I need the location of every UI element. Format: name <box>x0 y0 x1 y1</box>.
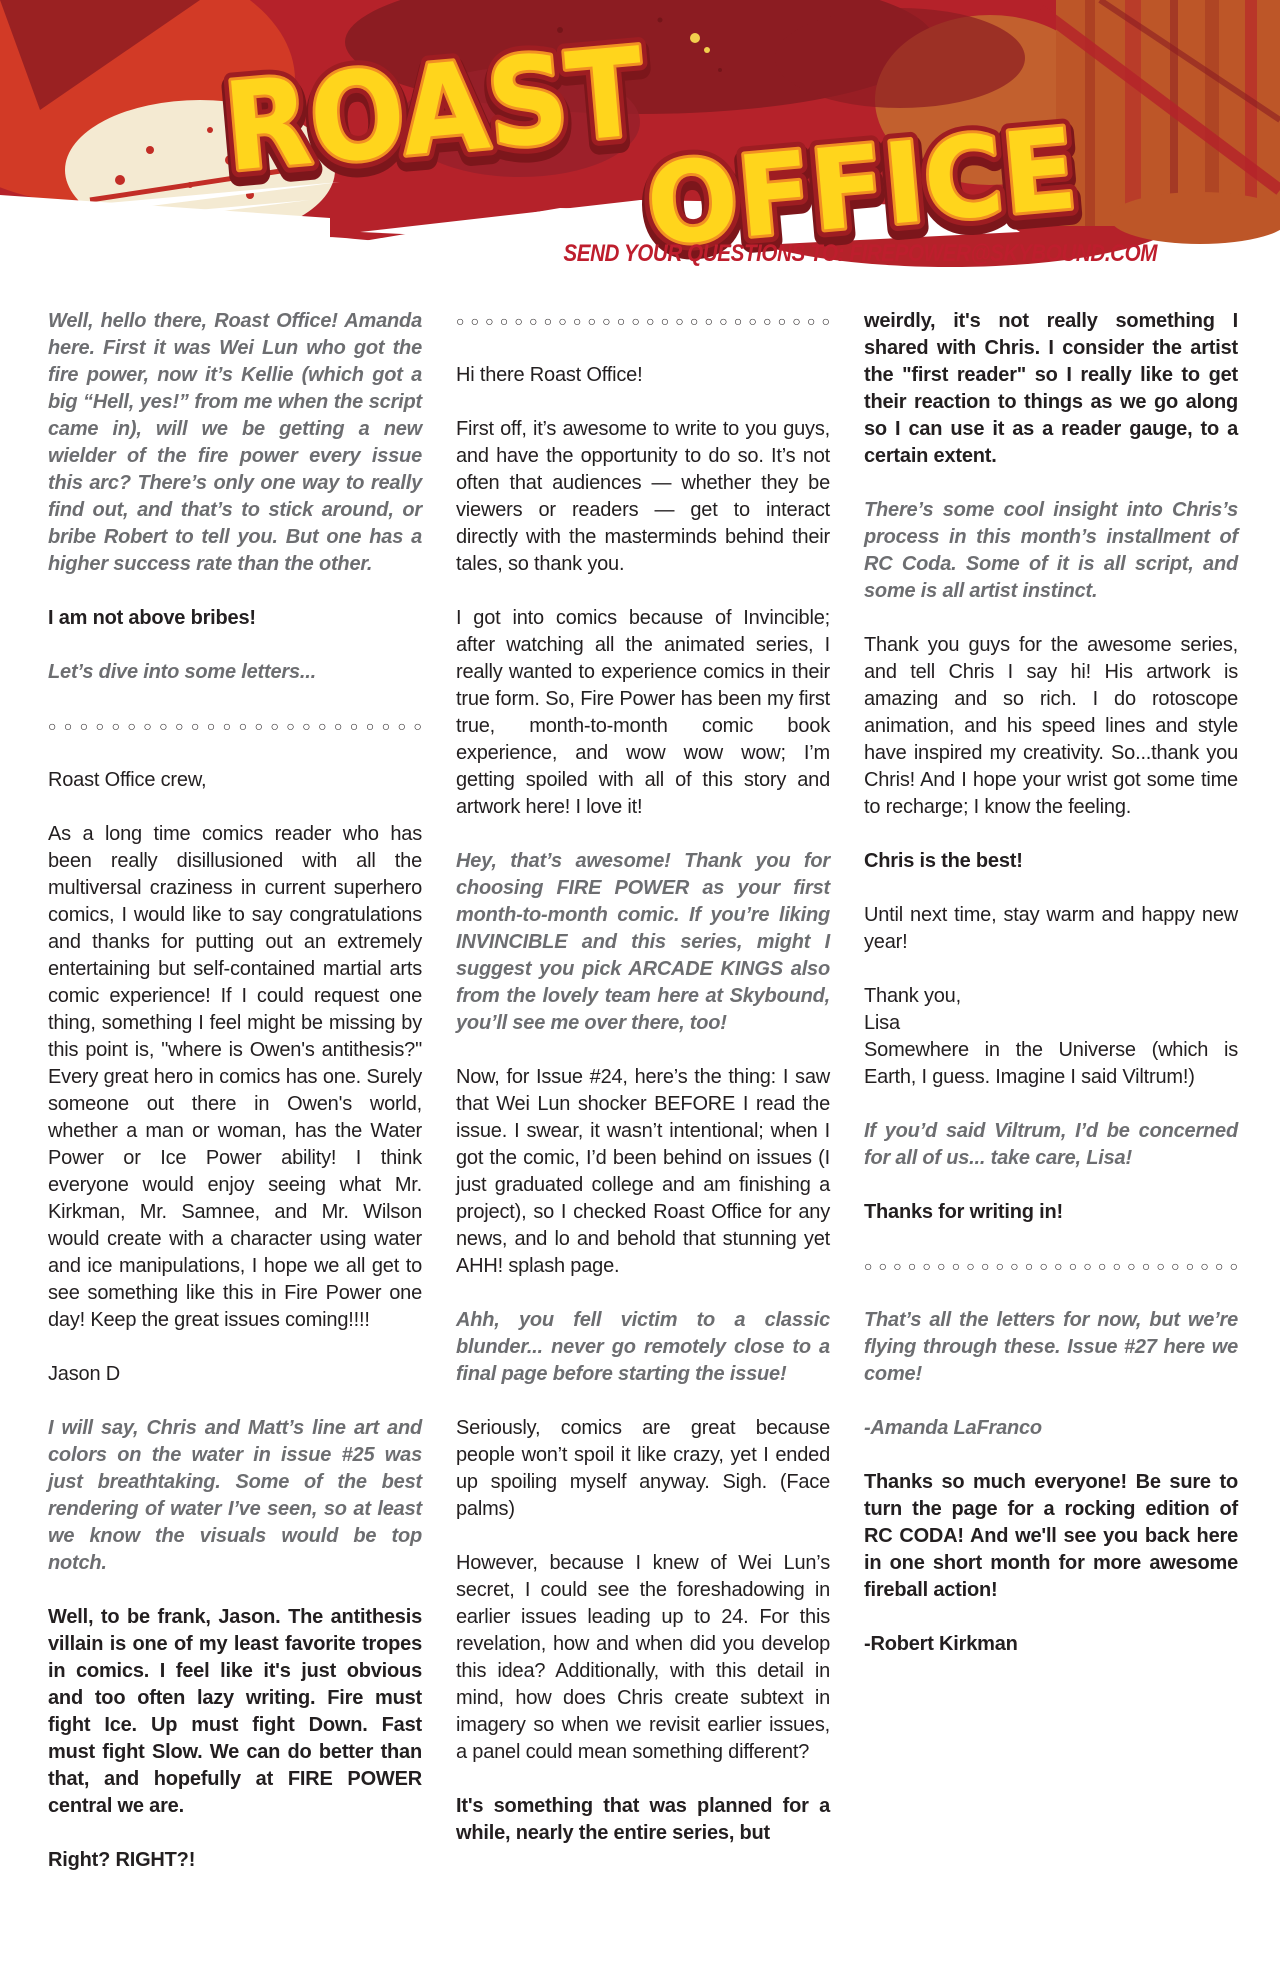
divider-circle: ○ <box>778 308 786 335</box>
divider-circle: ○ <box>602 308 610 335</box>
divider-circle: ○ <box>864 1253 872 1280</box>
divider-circle: ○ <box>1127 1253 1135 1280</box>
letter-paragraph: Seriously, comics are great because peop… <box>456 1415 830 1523</box>
bold-reply-paragraph: Thanks for writing in! <box>864 1199 1238 1226</box>
divider-circle: ○ <box>544 308 552 335</box>
submission-email-tagline: SEND YOUR QUESTIONS TO: FIREPOWER@SKYBOU… <box>563 240 1096 268</box>
divider-circle: ○ <box>807 308 815 335</box>
divider-circle: ○ <box>529 308 537 335</box>
divider-circle: ○ <box>175 713 183 740</box>
divider-circle: ○ <box>127 713 135 740</box>
divider-circle: ○ <box>1200 1253 1208 1280</box>
section-divider: ○○○○○○○○○○○○○○○○○○○○○○○○○○ <box>456 308 830 335</box>
letter-paragraph: However, because I knew of Wei Lun’s sec… <box>456 1550 830 1766</box>
divider-circle: ○ <box>966 1253 974 1280</box>
divider-circle: ○ <box>255 713 263 740</box>
divider-circle: ○ <box>893 1253 901 1280</box>
divider-circle: ○ <box>996 1253 1004 1280</box>
divider-circle: ○ <box>456 308 464 335</box>
editor-reply-paragraph: Hey, that’s awesome! Thank you for choos… <box>456 848 830 1037</box>
divider-circle: ○ <box>1054 1253 1062 1280</box>
divider-circle: ○ <box>350 713 358 740</box>
divider-circle: ○ <box>143 713 151 740</box>
letter-paragraph: First off, it’s awesome to write to you … <box>456 416 830 578</box>
divider-circle: ○ <box>286 713 294 740</box>
divider-circle: ○ <box>734 308 742 335</box>
divider-circle: ○ <box>573 308 581 335</box>
divider-circle: ○ <box>1230 1253 1238 1280</box>
letter-paragraph: Now, for Issue #24, here’s the thing: I … <box>456 1064 830 1280</box>
divider-circle: ○ <box>558 308 566 335</box>
bold-reply-paragraph: It's something that was planned for a wh… <box>456 1793 830 1847</box>
letter-paragraph: Hi there Roast Office! <box>456 362 830 389</box>
divider-circle: ○ <box>302 713 310 740</box>
paint-streak <box>1125 0 1141 226</box>
divider-circle: ○ <box>485 308 493 335</box>
editor-reply-paragraph: If you’d said Viltrum, I’d be concerned … <box>864 1118 1238 1172</box>
divider-circle: ○ <box>792 308 800 335</box>
divider-circle: ○ <box>937 1253 945 1280</box>
divider-circle: ○ <box>398 713 406 740</box>
column-3: weirdly, it's not really something I sha… <box>864 308 1238 1901</box>
divider-circle: ○ <box>1040 1253 1048 1280</box>
divider-circle: ○ <box>223 713 231 740</box>
editor-reply-paragraph: Well, hello there, Roast Office! Amanda … <box>48 308 422 578</box>
paint-maroon-overlay <box>775 8 1025 108</box>
page-header: ROAST ROAST ROAST OFFICE OFFICE OFFICE S… <box>0 0 1280 300</box>
divider-circle: ○ <box>471 308 479 335</box>
bold-reply-paragraph: -Robert Kirkman <box>864 1631 1238 1658</box>
editor-reply-paragraph: Let’s dive into some letters... <box>48 659 422 686</box>
divider-circle: ○ <box>1215 1253 1223 1280</box>
divider-circle: ○ <box>1098 1253 1106 1280</box>
editor-reply-paragraph: There’s some cool insight into Chris’s p… <box>864 497 1238 605</box>
divider-circle: ○ <box>981 1253 989 1280</box>
divider-circle: ○ <box>159 713 167 740</box>
editor-reply-paragraph: -Amanda LaFranco <box>864 1415 1238 1442</box>
paint-yellow-fleck <box>704 47 710 53</box>
divider-circle: ○ <box>112 713 120 740</box>
divider-circle: ○ <box>1171 1253 1179 1280</box>
divider-circle: ○ <box>318 713 326 740</box>
editor-reply-paragraph: That’s all the letters for now, but we’r… <box>864 1307 1238 1388</box>
bold-reply-paragraph: I am not above bribes! <box>48 605 422 632</box>
editor-reply-paragraph: Ahh, you fell victim to a classic blunde… <box>456 1307 830 1388</box>
divider-circle: ○ <box>822 308 830 335</box>
divider-circle: ○ <box>366 713 374 740</box>
divider-circle: ○ <box>515 308 523 335</box>
column-1: Well, hello there, Roast Office! Amanda … <box>48 308 422 1901</box>
divider-circle: ○ <box>690 308 698 335</box>
divider-circle: ○ <box>80 713 88 740</box>
bold-reply-paragraph: Chris is the best! <box>864 848 1238 875</box>
divider-circle: ○ <box>382 713 390 740</box>
divider-circle: ○ <box>1083 1253 1091 1280</box>
divider-circle: ○ <box>500 308 508 335</box>
divider-circle: ○ <box>48 713 56 740</box>
letter-paragraph: Thank you, Lisa Somewhere in the Univers… <box>864 983 1238 1091</box>
divider-circle: ○ <box>675 308 683 335</box>
paint-streak <box>1245 0 1257 226</box>
divider-circle: ○ <box>908 1253 916 1280</box>
divider-circle: ○ <box>207 713 215 740</box>
letter-paragraph: Thank you guys for the awesome series, a… <box>864 632 1238 821</box>
divider-circle: ○ <box>191 713 199 740</box>
divider-circle: ○ <box>719 308 727 335</box>
editor-reply-paragraph: I will say, Chris and Matt’s line art an… <box>48 1415 422 1577</box>
letter-paragraph: Roast Office crew, <box>48 767 422 794</box>
bold-reply-paragraph: weirdly, it's not really something I sha… <box>864 308 1238 470</box>
divider-circle: ○ <box>632 308 640 335</box>
divider-circle: ○ <box>1157 1253 1165 1280</box>
divider-circle: ○ <box>661 308 669 335</box>
divider-circle: ○ <box>270 713 278 740</box>
divider-circle: ○ <box>705 308 713 335</box>
divider-circle: ○ <box>1069 1253 1077 1280</box>
divider-circle: ○ <box>1186 1253 1194 1280</box>
letter-paragraph: As a long time comics reader who has bee… <box>48 821 422 1334</box>
divider-circle: ○ <box>1142 1253 1150 1280</box>
divider-circle: ○ <box>64 713 72 740</box>
letter-paragraph: I got into comics because of Invincible;… <box>456 605 830 821</box>
divider-circle: ○ <box>413 713 421 740</box>
divider-circle: ○ <box>749 308 757 335</box>
bold-reply-paragraph: Well, to be frank, Jason. The antithesis… <box>48 1604 422 1820</box>
paint-streak <box>1085 0 1095 226</box>
divider-circle: ○ <box>1113 1253 1121 1280</box>
letter-paragraph: Jason D <box>48 1361 422 1388</box>
section-divider: ○○○○○○○○○○○○○○○○○○○○○○○○○○ <box>864 1253 1238 1280</box>
divider-circle: ○ <box>617 308 625 335</box>
letter-paragraph: Until next time, stay warm and happy new… <box>864 902 1238 956</box>
divider-circle: ○ <box>952 1253 960 1280</box>
paint-yellow-fleck <box>690 33 700 43</box>
letters-columns: Well, hello there, Roast Office! Amanda … <box>0 302 1280 1901</box>
divider-circle: ○ <box>239 713 247 740</box>
divider-circle: ○ <box>879 1253 887 1280</box>
divider-circle: ○ <box>588 308 596 335</box>
bold-reply-paragraph: Right? RIGHT?! <box>48 1847 422 1874</box>
column-2: ○○○○○○○○○○○○○○○○○○○○○○○○○○Hi there Roast… <box>456 308 830 1901</box>
divider-circle: ○ <box>763 308 771 335</box>
divider-circle: ○ <box>1025 1253 1033 1280</box>
divider-circle: ○ <box>334 713 342 740</box>
divider-circle: ○ <box>1010 1253 1018 1280</box>
bold-reply-paragraph: Thanks so much everyone! Be sure to turn… <box>864 1469 1238 1604</box>
divider-circle: ○ <box>646 308 654 335</box>
divider-circle: ○ <box>96 713 104 740</box>
section-divider: ○○○○○○○○○○○○○○○○○○○○○○○○ <box>48 713 422 740</box>
divider-circle: ○ <box>923 1253 931 1280</box>
